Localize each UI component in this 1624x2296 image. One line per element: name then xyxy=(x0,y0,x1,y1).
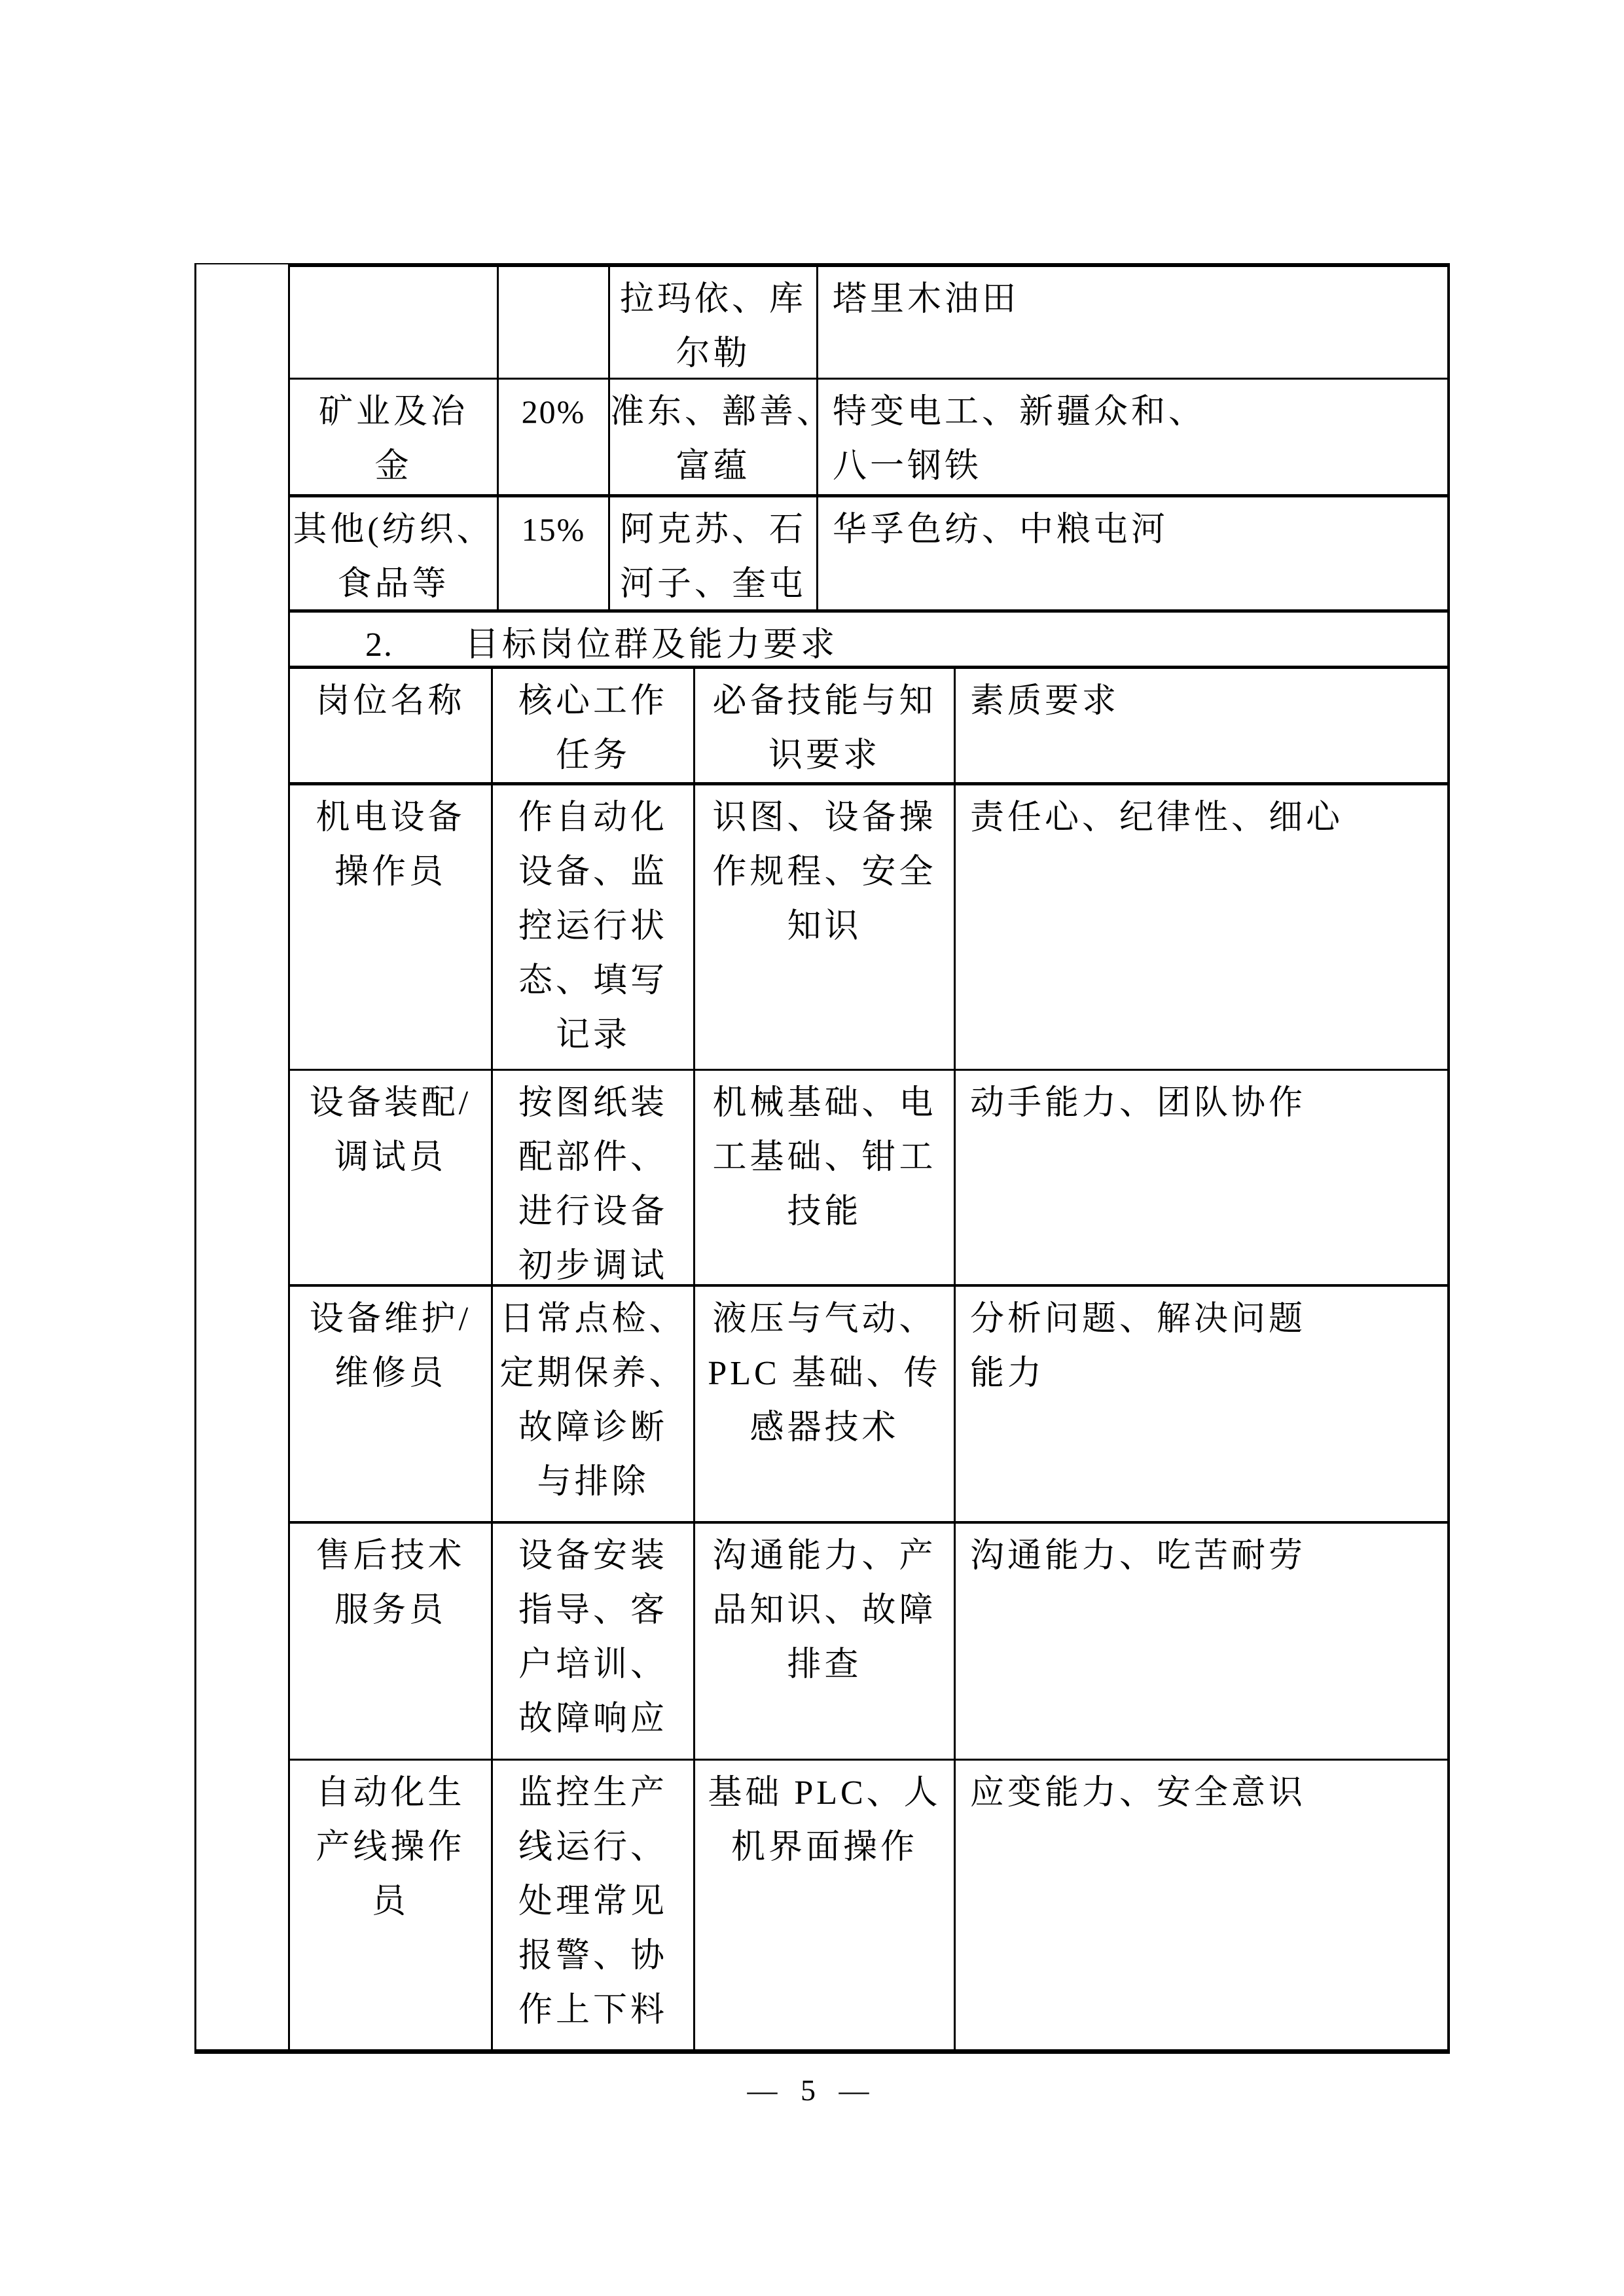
industry-row-other: 其他(纺织、 食品等 15% 阿克苏、石 河子、奎屯 华孚色纺、中粮屯河 xyxy=(290,497,1447,613)
share-cell: 15% xyxy=(499,497,610,609)
tasks-cell: 日常点检、 定期保养、 故障诊断 与排除 xyxy=(493,1287,695,1521)
header-skills: 必备技能与知 识要求 xyxy=(695,669,956,782)
post-cell: 设备维护/ 维修员 xyxy=(290,1287,493,1521)
post-row-maintainer: 设备维护/ 维修员 日常点检、 定期保养、 故障诊断 与排除 液压与气动、 PL… xyxy=(290,1287,1447,1524)
companies-cell: 塔里木油田 xyxy=(818,267,1447,378)
tasks-cell: 按图纸装 配部件、 进行设备 初步调试 xyxy=(493,1071,695,1284)
header-quality: 素质要求 xyxy=(956,669,1447,782)
header-tasks: 核心工作 任务 xyxy=(493,669,695,782)
share-cell: 20% xyxy=(499,380,610,494)
post-cell: 设备装配/ 调试员 xyxy=(290,1071,493,1284)
skills-cell: 液压与气动、 PLC 基础、传 感器技术 xyxy=(695,1287,956,1521)
header-post: 岗位名称 xyxy=(290,669,493,782)
post-row-aftersales: 售后技术 服务员 设备安装 指导、客 户培训、 故障响应 沟通能力、产 品知识、… xyxy=(290,1524,1447,1761)
skills-cell: 识图、设备操 作规程、安全 知识 xyxy=(695,785,956,1069)
share-cell xyxy=(499,267,610,378)
industry-row-oil: 拉玛依、库 尔勒 塔里木油田 xyxy=(290,267,1447,380)
section-number: 2. xyxy=(365,618,465,666)
post-row-line-operator: 自动化生 产线操作 员 监控生产 线运行、 处理常见 报警、协 作上下料 基础 … xyxy=(290,1761,1447,2049)
industry-cell: 矿业及冶 金 xyxy=(290,380,499,494)
skills-cell: 机械基础、电 工基础、钳工 技能 xyxy=(695,1071,956,1284)
industry-cell xyxy=(290,267,499,378)
document-page: 拉玛依、库 尔勒 塔里木油田 矿业及冶 金 20% 准东、鄯善、 富蕴 特变电工… xyxy=(0,0,1624,2296)
section-heading-row: 2. 目标岗位群及能力要求 xyxy=(290,613,1447,669)
posts-header-row: 岗位名称 核心工作 任务 必备技能与知 识要求 素质要求 xyxy=(290,669,1447,785)
post-cell: 自动化生 产线操作 员 xyxy=(290,1761,493,2049)
tasks-cell: 监控生产 线运行、 处理常见 报警、协 作上下料 xyxy=(493,1761,695,2049)
table-region: 拉玛依、库 尔勒 塔里木油田 矿业及冶 金 20% 准东、鄯善、 富蕴 特变电工… xyxy=(194,263,1450,2054)
companies-cell: 华孚色纺、中粮屯河 xyxy=(818,497,1447,609)
page-number: — 5 — xyxy=(0,2063,1624,2117)
tasks-cell: 作自动化 设备、监 控运行状 态、填写 记录 xyxy=(493,785,695,1069)
regions-cell: 拉玛依、库 尔勒 xyxy=(610,267,818,378)
quality-cell: 分析问题、解决问题 能力 xyxy=(956,1287,1447,1521)
section-title: 目标岗位群及能力要求 xyxy=(465,618,838,666)
post-cell: 售后技术 服务员 xyxy=(290,1524,493,1759)
regions-cell: 准东、鄯善、 富蕴 xyxy=(610,380,818,494)
left-gutter-cell xyxy=(194,263,290,2054)
skills-cell: 沟通能力、产 品知识、故障 排查 xyxy=(695,1524,956,1759)
main-table: 拉玛依、库 尔勒 塔里木油田 矿业及冶 金 20% 准东、鄯善、 富蕴 特变电工… xyxy=(290,263,1450,2054)
industry-row-mining: 矿业及冶 金 20% 准东、鄯善、 富蕴 特变电工、新疆众和、 八一钢铁 xyxy=(290,380,1447,497)
industry-cell: 其他(纺织、 食品等 xyxy=(290,497,499,609)
quality-cell: 应变能力、安全意识 xyxy=(956,1761,1447,2049)
quality-cell: 责任心、纪律性、细心 xyxy=(956,785,1447,1069)
companies-cell: 特变电工、新疆众和、 八一钢铁 xyxy=(818,380,1447,494)
post-row-operator: 机电设备 操作员 作自动化 设备、监 控运行状 态、填写 记录 识图、设备操 作… xyxy=(290,785,1447,1071)
quality-cell: 动手能力、团队协作 xyxy=(956,1071,1447,1284)
post-cell: 机电设备 操作员 xyxy=(290,785,493,1069)
skills-cell: 基础 PLC、人 机界面操作 xyxy=(695,1761,956,2049)
tasks-cell: 设备安装 指导、客 户培训、 故障响应 xyxy=(493,1524,695,1759)
post-row-assembler: 设备装配/ 调试员 按图纸装 配部件、 进行设备 初步调试 机械基础、电 工基础… xyxy=(290,1071,1447,1287)
regions-cell: 阿克苏、石 河子、奎屯 xyxy=(610,497,818,609)
quality-cell: 沟通能力、吃苦耐劳 xyxy=(956,1524,1447,1759)
